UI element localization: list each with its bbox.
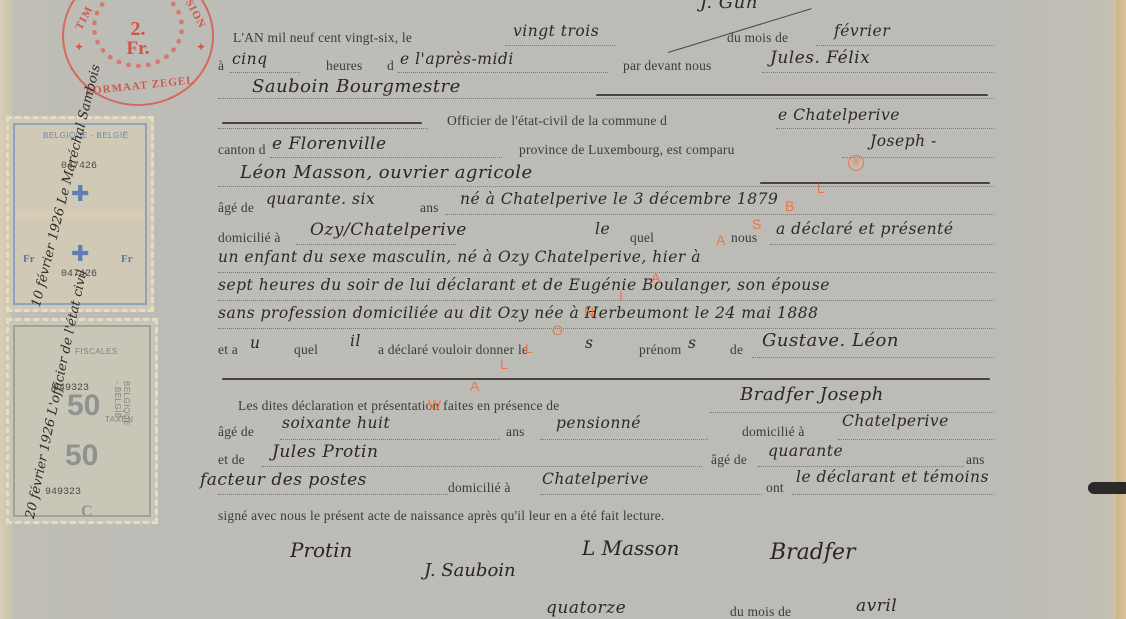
blank-line (270, 157, 502, 158)
watermark-letter: L (525, 340, 533, 356)
hand-residence-1: Chatelperive (842, 412, 949, 430)
registered-trademark-icon: ® (848, 155, 864, 171)
printed-prenom: prénom (639, 342, 681, 358)
printed-ont: ont (766, 480, 784, 496)
printed-et-de: et de (218, 452, 245, 468)
fiscal-stamp-50c: FISCALES 949323 50 TAXEN 50 949323 C BEL… (6, 318, 158, 524)
hand-il: il (350, 332, 361, 350)
hand-next-month: avril (856, 596, 897, 616)
page-right-edge (1116, 0, 1126, 619)
binding-strap (1088, 482, 1126, 494)
hand-au: u (250, 334, 260, 352)
signature-sauboin: J. Sauboin (424, 560, 516, 581)
blank-line (218, 494, 448, 495)
hand-s-2: s (688, 334, 696, 352)
hand-declarant-line: Léon Masson, ouvrier agricole (240, 162, 533, 183)
stamp-perforation (17, 211, 143, 219)
watermark-letter: B (785, 198, 794, 214)
fill-stroke (596, 94, 988, 97)
blank-line (218, 98, 994, 99)
stamp-fr-left: Fr (23, 253, 35, 265)
signature-masson: L Masson (582, 536, 680, 560)
printed-age-2: âgé de (711, 452, 747, 468)
printed-ans: ans (420, 200, 439, 216)
hand-declarant-first: Joseph - (870, 132, 937, 150)
hand-commune: e Chatelperive (778, 106, 900, 124)
hand-child-line: un enfant du sexe masculin, né à Ozy Cha… (218, 248, 701, 266)
printed-officer-commune: Officier de l'état-civil de la commune d (447, 113, 667, 129)
hand-age-1: soixante huit (282, 414, 390, 432)
stamp-side-label: BELGIQUE - BELGIË (113, 381, 131, 426)
hand-witness-2: Jules Protin (272, 442, 378, 462)
hand-declared: a déclaré et présenté (776, 220, 954, 238)
blank-line (230, 72, 300, 73)
blank-line (280, 439, 500, 440)
printed-age: âgé de (218, 200, 254, 216)
blank-line (752, 357, 994, 358)
blank-line (842, 157, 994, 158)
blank-line (776, 128, 994, 129)
hand-le: le (595, 220, 610, 238)
printed-domicile-1: domicilié à (742, 424, 805, 440)
printed-canton: canton d (218, 142, 266, 158)
watermark-letter: O (552, 322, 563, 338)
hand-time: e l'après-midi (400, 50, 514, 68)
blank-line (446, 214, 994, 215)
stamp-value-top: 50 (67, 389, 100, 423)
watermark-letter: S (752, 216, 761, 232)
hand-signers: le déclarant et témoins (796, 468, 989, 486)
blank-line (218, 128, 428, 129)
hand-officer-first-name: Jules. Félix (770, 48, 870, 68)
blank-line (262, 466, 702, 467)
blank-line (540, 494, 762, 495)
printed-nous: nous (731, 230, 757, 246)
blank-line (296, 244, 456, 245)
fill-stroke (760, 182, 990, 185)
watermark-letter: I (619, 288, 623, 304)
top-annotation: J. Gun (700, 0, 758, 13)
watermark-letter: A (651, 270, 660, 286)
seal-star-icon: ✦ (196, 40, 206, 55)
stamp-unit: C (81, 503, 93, 521)
printed-quel-2: quel (294, 342, 318, 358)
fill-stroke (222, 122, 422, 125)
stamp-top-label: FISCALES (75, 347, 118, 356)
printed-ans-1: ans (506, 424, 525, 440)
blank-line (540, 439, 708, 440)
printed-et-a: et a (218, 342, 238, 358)
hand-next-day: quatorze (546, 598, 626, 618)
printed-par-devant-nous: par devant nous (623, 58, 711, 74)
printed-quel: quel (630, 230, 654, 246)
printed-age-1: âgé de (218, 424, 254, 440)
watermark-letter: A (470, 378, 479, 394)
stamp-serial-bottom: 949323 (45, 487, 81, 498)
hand-s-1: s (585, 334, 593, 352)
printed-witness-intro: Les dites déclaration et présentation fa… (238, 398, 559, 414)
hand-given-names: Gustave. Léon (762, 330, 899, 351)
hand-officer-last-name: Sauboin Bourgmestre (252, 76, 461, 97)
blank-line (792, 494, 994, 495)
stamp-cross-icon: ✚ (71, 241, 89, 267)
hand-residence-2: Chatelperive (542, 470, 649, 488)
stamp-fr-right: Fr (121, 253, 133, 265)
printed-de: de (730, 342, 743, 358)
blank-line (218, 300, 994, 301)
printed-closing: signé avec nous le présent acte de naiss… (218, 508, 665, 524)
blank-line (770, 244, 994, 245)
hand-age: quarante. six (266, 190, 375, 208)
blank-line (762, 72, 994, 73)
seal-value: 2. (64, 20, 212, 38)
printed-heures: heures (326, 58, 362, 74)
printed-d: d (387, 58, 394, 74)
printed-province: province de Luxembourg, est comparu (519, 142, 735, 158)
blank-line (758, 466, 964, 467)
section-separator (222, 378, 990, 381)
blank-line (838, 439, 994, 440)
blank-line (218, 328, 994, 329)
watermark-letter: A (716, 232, 725, 248)
hand-occupation-1: pensionné (556, 414, 641, 432)
watermark-letter: W (428, 396, 441, 412)
hand-month: février (834, 22, 890, 40)
signature-protin: Protin (290, 538, 352, 562)
printed-ans-2: ans (966, 452, 985, 468)
printed-domicile-2: domicilié à (448, 480, 511, 496)
hand-canton: e Florenville (272, 134, 387, 154)
hand-hour: cinq (232, 50, 268, 68)
watermark-letter: N (584, 304, 594, 320)
printed-domicile: domicilié à (218, 230, 281, 246)
blank-line (218, 272, 994, 273)
watermark-letter: L (817, 180, 825, 196)
printed-month-label: du mois de (727, 30, 788, 46)
hand-occupation-2: facteur des postes (200, 470, 367, 490)
printed-a: à (218, 58, 224, 74)
hand-age-2: quarante (768, 442, 843, 460)
hand-day: vingt trois (513, 22, 599, 40)
blank-line (398, 72, 608, 73)
printed-next-month: du mois de (730, 604, 791, 619)
hand-residence: Ozy/Chatelperive (310, 220, 467, 240)
blank-line (816, 45, 994, 46)
hand-parents-line: sept heures du soir de lui déclarant et … (218, 276, 830, 294)
hand-mother-line: sans profession domiciliée au dit Ozy né… (218, 304, 818, 322)
hand-birth: né à Chatelperive le 3 décembre 1879 (460, 190, 778, 208)
signature-bradfer: Bradfer (770, 540, 856, 565)
blank-line (218, 186, 994, 187)
printed-year: L'AN mil neuf cent vingt-six, le (233, 30, 412, 46)
blank-line (505, 45, 615, 46)
watermark-letter: L (500, 356, 508, 372)
seal-unit: Fr. (64, 40, 212, 58)
seal-star-icon: ✦ (74, 40, 84, 55)
document-page: TIM SION 2. Fr. ✦ ✦ FORMAAT ZEGEL BELGIQ… (0, 0, 1126, 619)
hand-witness-1: Bradfer Joseph (740, 384, 884, 405)
stamp-value-bottom: 50 (65, 439, 98, 473)
